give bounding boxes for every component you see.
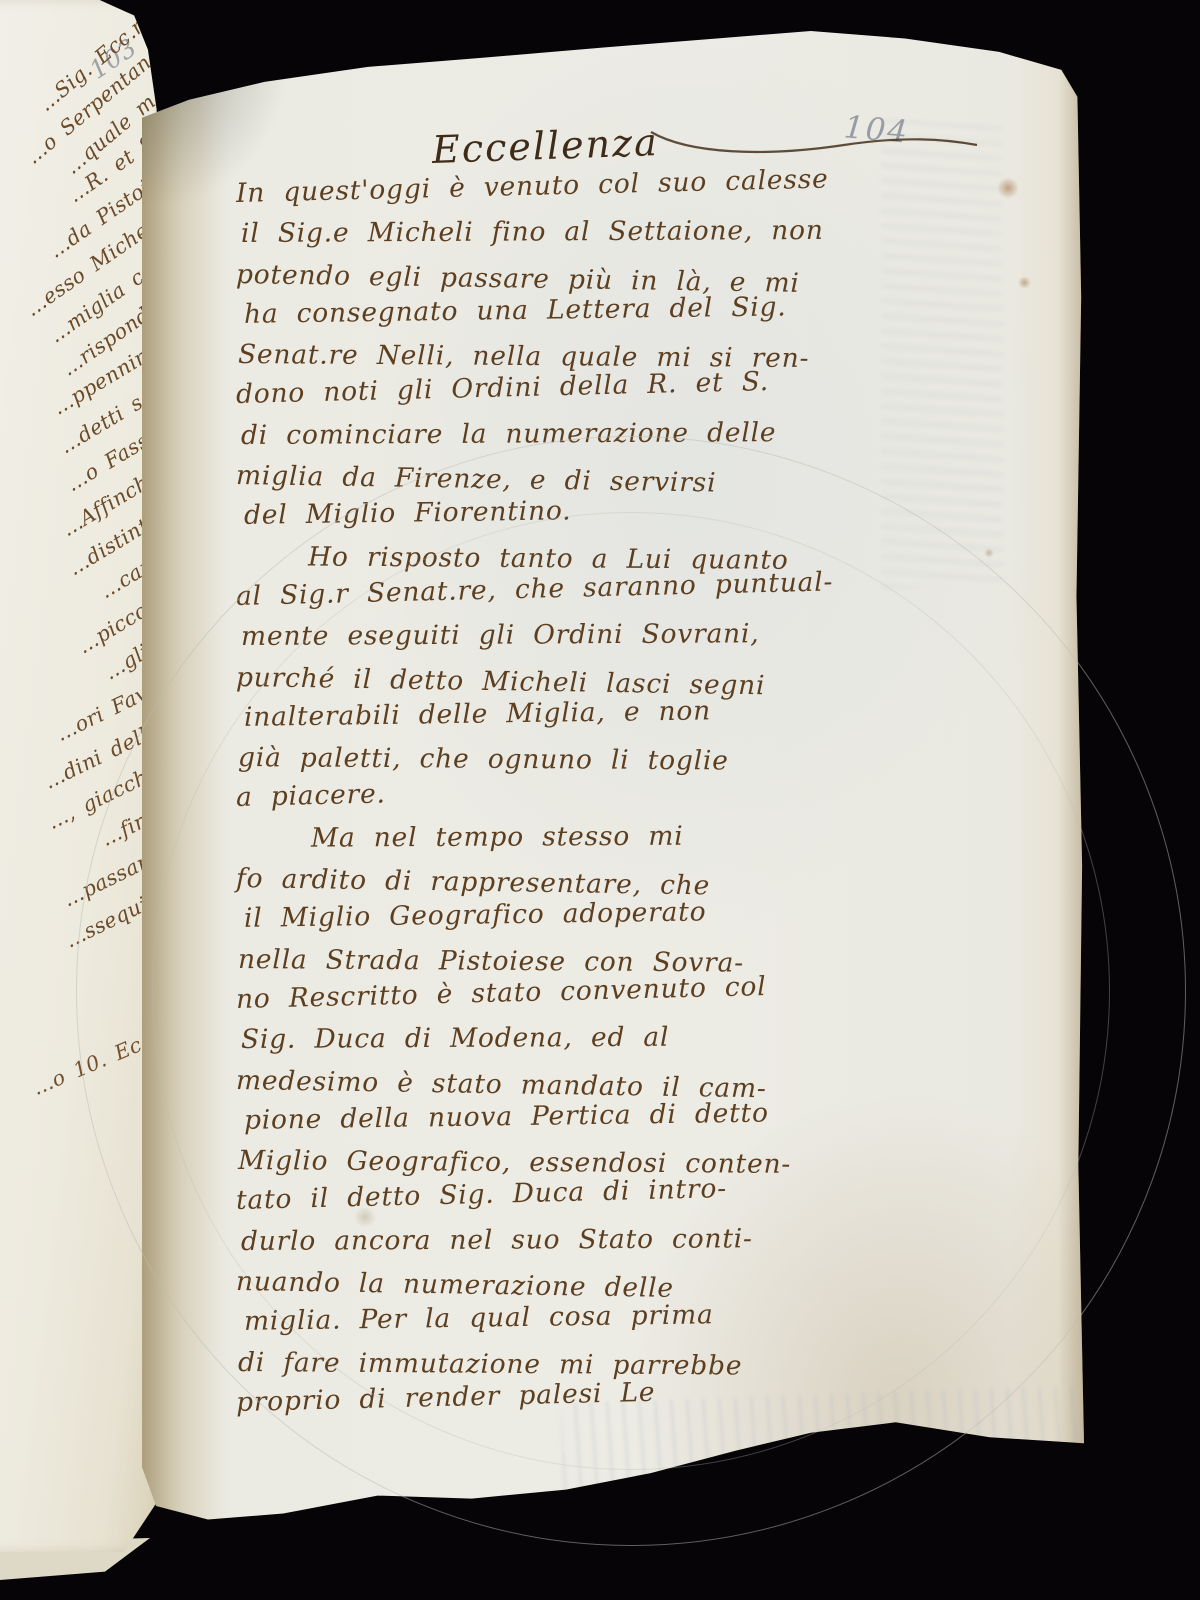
manuscript-line: In quest'oggi è venuto col suo calesse	[236, 155, 1027, 215]
manuscript-line: Ma nel tempo stesso mi	[241, 815, 1031, 859]
heading-flourish	[649, 124, 979, 158]
fore-edge-shadow	[1058, 28, 1084, 1524]
left-page-fragment: …o 10. Ecc.	[0, 1016, 166, 1219]
manuscript-line: Sig. Duca di Modena, ed al	[241, 1016, 1031, 1060]
manuscript-line: di cominciare la numerazione delle	[241, 412, 1031, 456]
manuscript-lines: In quest'oggi è venuto col suo calesseil…	[236, 174, 1026, 1423]
manuscript-photo: 103 …Sig. Ecc.mo…o Serpentano…quale m.…R…	[0, 0, 1200, 1600]
manuscript-line: durlo ancora nel suo Stato conti-	[241, 1218, 1031, 1262]
manuscript-line: mente eseguiti gli Ordini Sovrani,	[241, 613, 1031, 657]
letter-body: Eccellenza In quest'oggi è venuto col su…	[236, 110, 1026, 1423]
right-page: 104 Eccellenza In quest'oggi è venuto co…	[142, 28, 1084, 1524]
manuscript-line: il Sig.e Micheli fino al Settaione, non	[241, 210, 1031, 254]
left-page-fragments: …Sig. Ecc.mo…o Serpentano…quale m.…R. et…	[0, 0, 158, 1057]
